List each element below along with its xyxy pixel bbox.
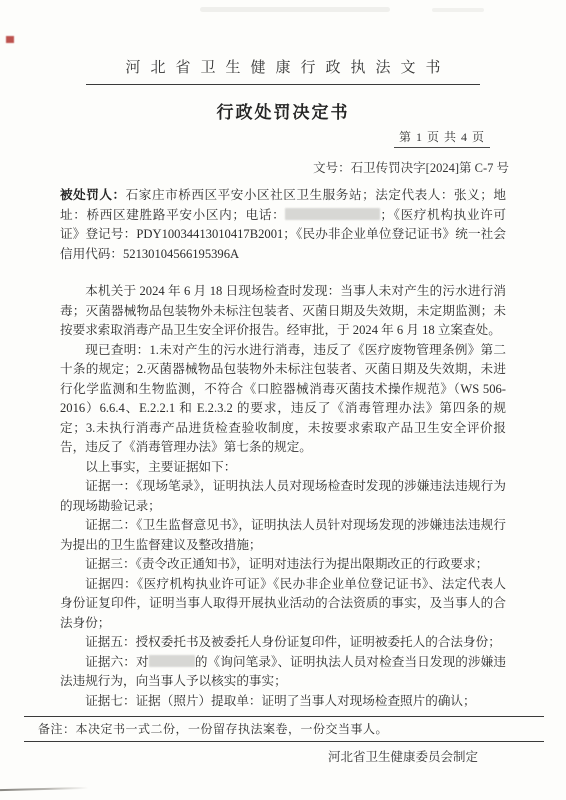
document-number: 文号：石卫传罚决字[2024]第 C-7 号 (0, 158, 566, 176)
page-indicator-row: 第 1 页 共 4 页 (0, 128, 566, 148)
evidence-item-7: 证据七：证据（照片）提取单：证明了当事人对现场检查照片的确认； (60, 692, 506, 712)
scan-artifact-line (0, 787, 88, 791)
redacted-person-name (149, 655, 195, 667)
document-footer: 备注：本决定书一式二份，一份留存执法案卷，一份交当事人。 河北省卫生健康委员会制… (24, 716, 544, 765)
evidence-item-5: 证据五：授权委托书及被委托人身份证复印件，证明被委托人的合法身份； (60, 633, 506, 653)
document-header: 河北省卫生健康行政执法文书 行政处罚决定书 第 1 页 共 4 页 文号：石卫传… (0, 56, 566, 176)
redacted-phone-number (285, 208, 380, 220)
party-label: 被处罚人： (60, 188, 126, 202)
penalized-party-paragraph: 被处罚人：石家庄市桥西区平安小区社区卫生服务站；法定代表人：张义；地址：桥西区建… (60, 186, 506, 264)
evidence-intro-paragraph: 以上事实，主要证据如下： (60, 458, 506, 478)
evidence-item-6-text: 证据六：对 (85, 655, 149, 669)
red-stamp-mark (6, 36, 14, 43)
letterhead-title: 河北省卫生健康行政执法文书 (0, 56, 566, 77)
scan-smudge-artifact (200, 7, 390, 12)
verified-facts-paragraph: 现已查明：1.未对产生的污水进行消毒，违反了《医疗废物管理条例》第二十条的规定；… (60, 341, 506, 458)
evidence-item-1: 证据一：《现场笔录》，证明执法人员对现场检查时发现的涉嫌违法违规行为的现场勘验记… (60, 477, 506, 516)
document-title: 行政处罚决定书 (0, 98, 566, 123)
letterhead-divider (86, 84, 480, 85)
scanned-document-page: 河北省卫生健康行政执法文书 行政处罚决定书 第 1 页 共 4 页 文号：石卫传… (0, 0, 566, 800)
footer-note: 备注：本决定书一式二份，一份留存执法案卷，一份交当事人。 (24, 717, 544, 742)
findings-paragraph: 本机关于 2024 年 6 月 18 日现场检查时发现：当事人未对产生的污水进行… (60, 282, 506, 341)
evidence-item-2: 证据二：《卫生监督意见书》，证明执法人员针对现场发现的涉嫌违法违规行为提出的卫生… (60, 516, 506, 555)
evidence-item-4: 证据四：《医疗机构执业许可证》《民办非企业单位登记证书》、法定代表人身份证复印件… (60, 575, 506, 634)
scan-smudge-artifact (432, 8, 484, 12)
evidence-item-6: 证据六：对的《询问笔录》、证明执法人员对检查当日发现的涉嫌违法违规行为，向当事人… (60, 653, 506, 692)
document-body: 被处罚人：石家庄市桥西区平安小区社区卫生服务站；法定代表人：张义；地址：桥西区建… (60, 186, 506, 711)
page-indicator: 第 1 页 共 4 页 (394, 128, 490, 148)
issuing-authority: 河北省卫生健康委员会制定 (24, 742, 544, 765)
evidence-item-3: 证据三：《责令改正通知书》，证明对违法行为提出限期改正的行政要求； (60, 555, 506, 575)
